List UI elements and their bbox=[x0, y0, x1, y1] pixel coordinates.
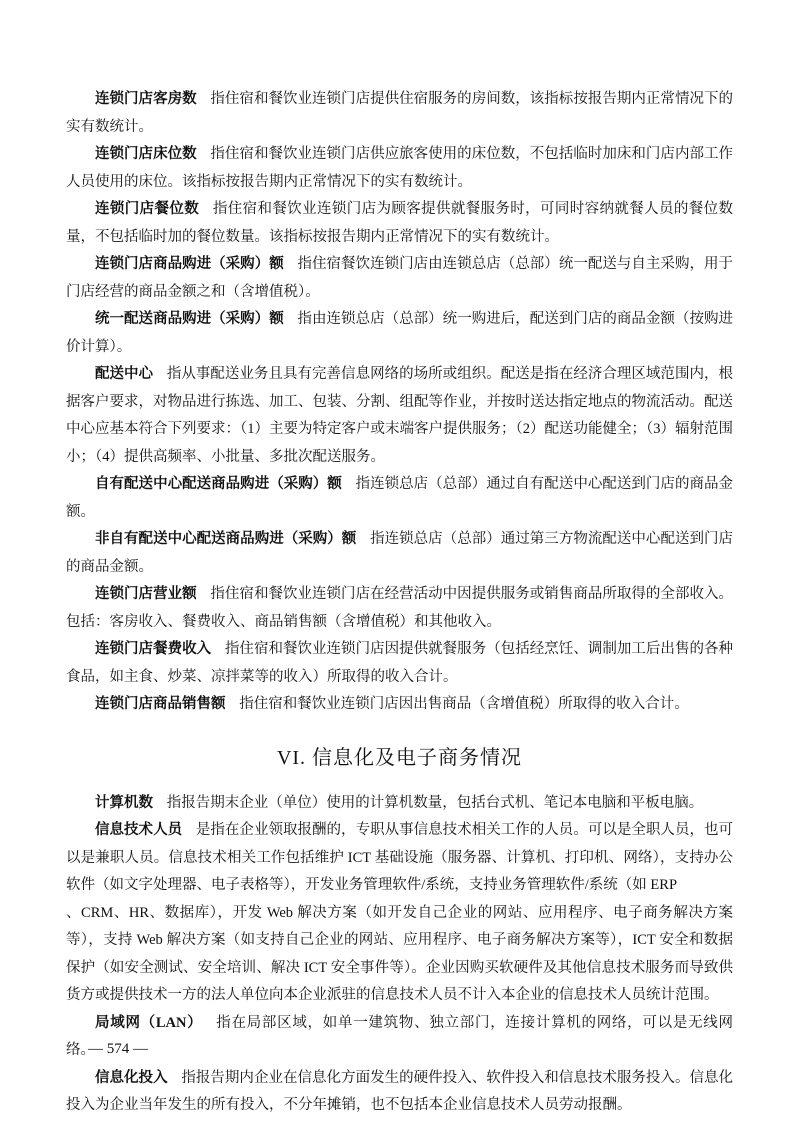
term-label: 统一配送商品购进（采购）额 bbox=[95, 311, 284, 327]
term-label: 非自有配送中心配送商品购进（采购）额 bbox=[95, 531, 356, 547]
term-label: 信息技术人员 bbox=[95, 822, 182, 838]
definition-paragraph: 连锁门店餐费收入指住宿和餐饮业连锁门店因提供就餐服务（包括经烹饪、调制加工后出售… bbox=[66, 636, 733, 691]
definition-paragraph: 自有配送中心配送商品购进（采购）额指连锁总店（总部）通过自有配送中心配送到门店的… bbox=[66, 471, 733, 526]
definition-continuation: 、CRM、HR、数据库），开发 Web 解决方案（如开发自己企业的网站、应用程序… bbox=[66, 900, 733, 1010]
page-footer: — 574 — bbox=[88, 1038, 148, 1060]
definition-paragraph: 连锁门店营业额指住宿和餐饮业连锁门店在经营活动中因提供服务或销售商品所取得的全部… bbox=[66, 581, 733, 636]
term-label: 连锁门店营业额 bbox=[95, 586, 197, 602]
definition-paragraph: 配送中心指从事配送业务且具有完善信息网络的场所或组织。配送是指在经济合理区域范围… bbox=[66, 361, 733, 471]
definitions-section-chain-stores: 连锁门店客房数指住宿和餐饮业连锁门店提供住宿服务的房间数，该指标按报告期内正常情… bbox=[66, 86, 733, 719]
definition-paragraph: 信息化投入指报告期内企业在信息化方面发生的硬件投入、软件投入和信息技术服务投入。… bbox=[66, 1065, 733, 1120]
term-label: 局域网（LAN） bbox=[95, 1015, 202, 1031]
definition-paragraph: 连锁门店商品购进（采购）额指住宿餐饮连锁门店由连锁总店（总部）统一配送与自主采购… bbox=[66, 251, 733, 306]
term-label: 连锁门店客房数 bbox=[95, 91, 197, 107]
page-number: — 574 — bbox=[88, 1041, 148, 1057]
term-label: 配送中心 bbox=[95, 366, 153, 382]
definitions-section-informatization: 计算机数指报告期末企业（单位）使用的计算机数量，包括台式机、笔记本电脑和平板电脑… bbox=[66, 790, 733, 1120]
definition-paragraph: 连锁门店商品销售额指住宿和餐饮业连锁门店因出售商品（含增值税）所取得的收入合计。 bbox=[66, 691, 733, 719]
definition-paragraph: 连锁门店客房数指住宿和餐饮业连锁门店提供住宿服务的房间数，该指标按报告期内正常情… bbox=[66, 86, 733, 141]
definition-paragraph: 局域网（LAN）指在局部区域，如单一建筑物、独立部门，连接计算机的网络，可以是无… bbox=[66, 1010, 733, 1065]
section-heading: VI. 信息化及电子商务情况 bbox=[66, 743, 733, 773]
definition-text: 、CRM、HR、数据库），开发 Web 解决方案（如开发自己企业的网站、应用程序… bbox=[66, 905, 733, 1004]
term-label: 连锁门店商品销售额 bbox=[95, 696, 226, 712]
definition-paragraph: 非自有配送中心配送商品购进（采购）额指连锁总店（总部）通过第三方物流配送中心配送… bbox=[66, 526, 733, 581]
term-label: 连锁门店餐位数 bbox=[95, 201, 199, 217]
term-label: 计算机数 bbox=[95, 795, 153, 811]
definition-text: 指从事配送业务且具有完善信息网络的场所或组织。配送是指在经济合理区域范围内，根据… bbox=[66, 366, 733, 465]
definition-text: 指住宿和餐饮业连锁门店因出售商品（含增值税）所取得的收入合计。 bbox=[239, 696, 689, 712]
page-content: 连锁门店客房数指住宿和餐饮业连锁门店提供住宿服务的房间数，该指标按报告期内正常情… bbox=[66, 86, 733, 1120]
definition-paragraph: 计算机数指报告期末企业（单位）使用的计算机数量，包括台式机、笔记本电脑和平板电脑… bbox=[66, 790, 733, 818]
term-label: 连锁门店商品购进（采购）额 bbox=[95, 256, 284, 272]
definition-text: 指报告期末企业（单位）使用的计算机数量，包括台式机、笔记本电脑和平板电脑。 bbox=[167, 795, 704, 811]
term-label: 连锁门店床位数 bbox=[95, 146, 197, 162]
term-label: 自有配送中心配送商品购进（采购）额 bbox=[95, 476, 342, 492]
definition-paragraph: 信息技术人员是指在企业领取报酬的，专职从事信息技术相关工作的人员。可以是全职人员… bbox=[66, 817, 733, 900]
definition-paragraph: 连锁门店餐位数指住宿和餐饮业连锁门店为顾客提供就餐服务时，可同时容纳就餐人员的餐… bbox=[66, 196, 733, 251]
document-page: 连锁门店客房数指住宿和餐饮业连锁门店提供住宿服务的房间数，该指标按报告期内正常情… bbox=[0, 0, 793, 1122]
term-label: 连锁门店餐费收入 bbox=[95, 641, 211, 657]
definition-paragraph: 连锁门店床位数指住宿和餐饮业连锁门店供应旅客使用的床位数，不包括临时加床和门店内… bbox=[66, 141, 733, 196]
definition-paragraph: 统一配送商品购进（采购）额指由连锁总店（总部）统一购进后，配送到门店的商品金额（… bbox=[66, 306, 733, 361]
term-label: 信息化投入 bbox=[95, 1070, 168, 1086]
